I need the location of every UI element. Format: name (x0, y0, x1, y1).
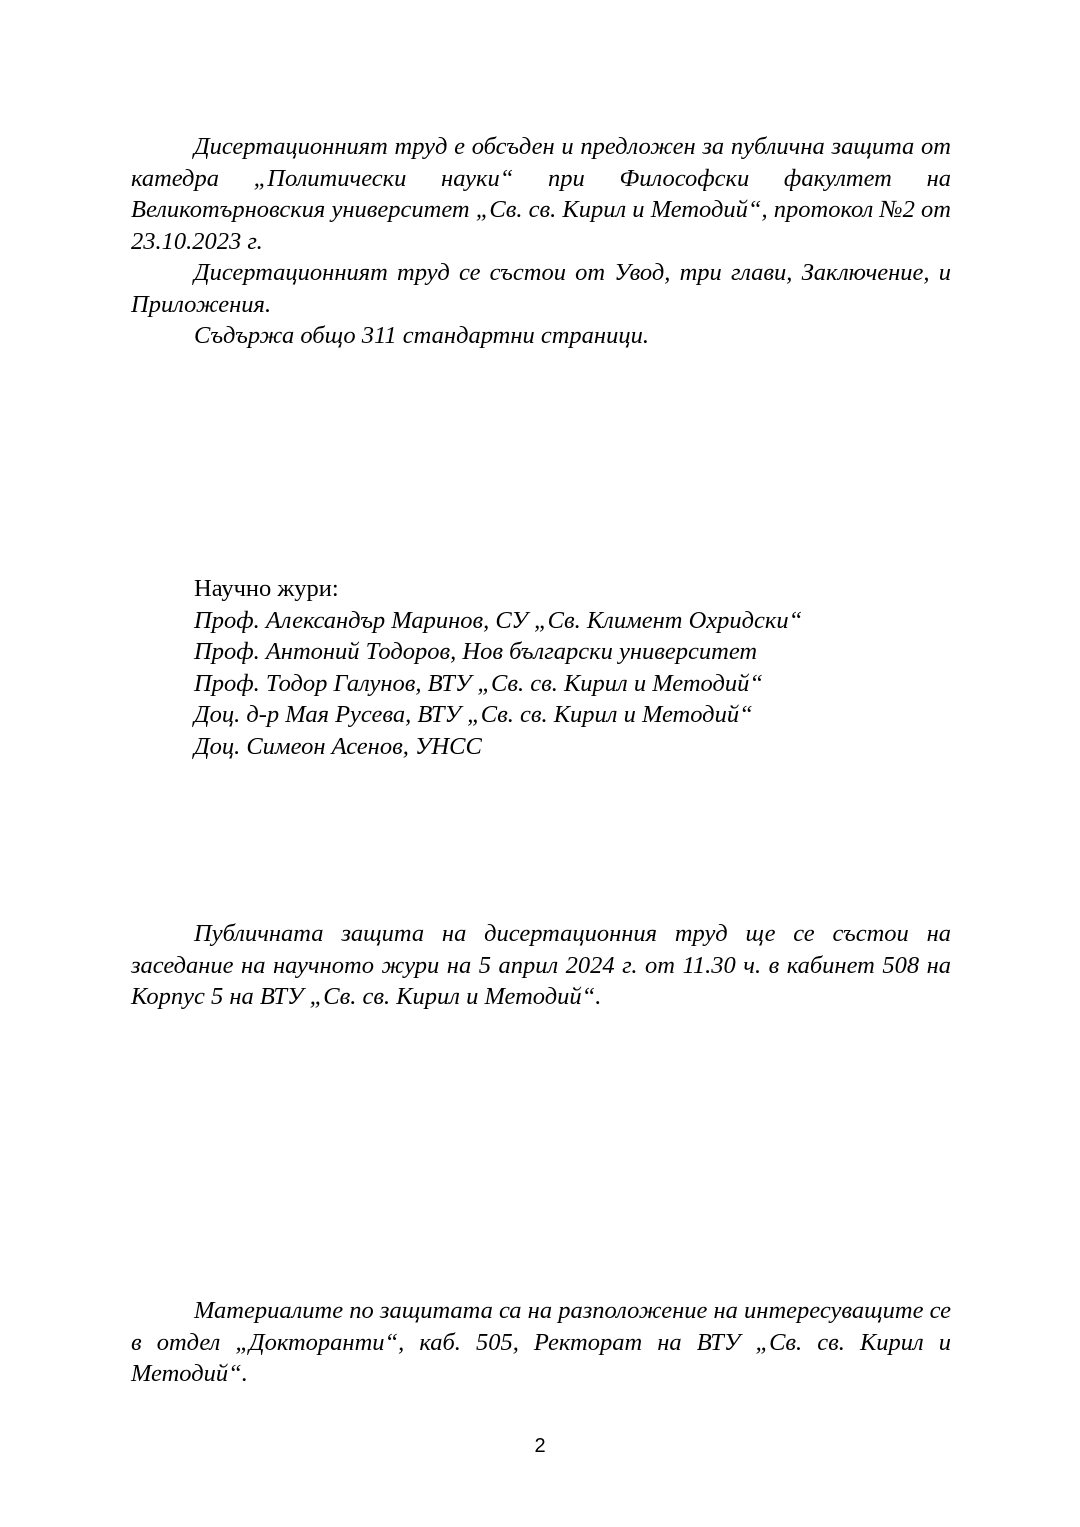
structure-paragraph: Дисертационният труд се състои от Увод, … (131, 257, 951, 320)
jury-member: Доц. д-р Мая Русева, ВТУ „Св. св. Кирил … (194, 699, 954, 731)
jury-member: Проф. Антоний Тодоров, Нов български уни… (194, 636, 954, 668)
materials-section: Материалите по защитата са на разположен… (131, 1295, 951, 1390)
discussion-paragraph: Дисертационният труд е обсъден и предлож… (131, 131, 951, 257)
jury-member: Проф. Тодор Галунов, ВТУ „Св. св. Кирил … (194, 668, 954, 700)
materials-paragraph: Материалите по защитата са на разположен… (131, 1295, 951, 1390)
jury-member: Проф. Александър Маринов, СУ „Св. Климен… (194, 605, 954, 637)
page-number: 2 (0, 1434, 1080, 1458)
page-count-paragraph: Съдържа общо 311 стандартни страници. (131, 320, 951, 352)
public-defense-paragraph: Публичната защита на дисертационния труд… (131, 918, 951, 1013)
public-defense-section: Публичната защита на дисертационния труд… (131, 918, 951, 1013)
scientific-jury-section: Научно жури: Проф. Александър Маринов, С… (194, 573, 954, 762)
jury-member: Доц. Симеон Асенов, УНСС (194, 731, 954, 763)
dissertation-info-section: Дисертационният труд е обсъден и предлож… (131, 131, 951, 352)
jury-heading: Научно жури: (194, 573, 954, 605)
